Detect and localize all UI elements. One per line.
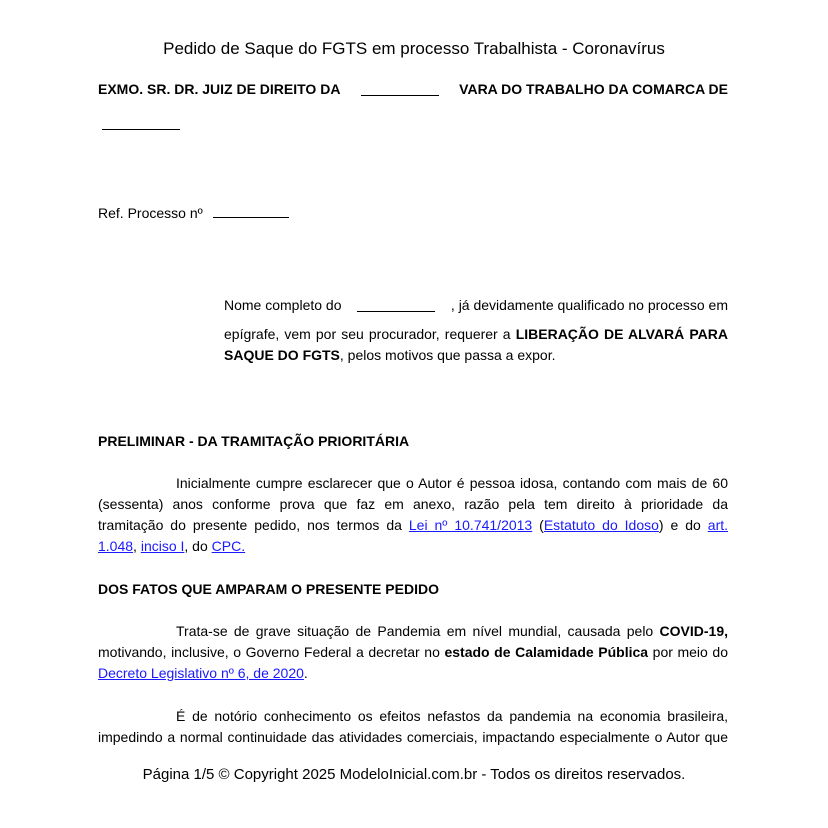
vara-blank[interactable] (361, 85, 439, 96)
intro-line-2: epígrafe, vem por seu procurador, requer… (224, 326, 728, 342)
link-art-1048[interactable]: 1.048 (98, 538, 133, 554)
link-decreto-legislativo[interactable]: Decreto Legislativo nº 6, de 2020 (98, 665, 304, 681)
fatos-line-3: Decreto Legislativo nº 6, de 2020. (98, 665, 308, 681)
link-cpc[interactable]: CPC. (212, 538, 245, 554)
addressee-part2: VARA DO TRABALHO DA COMARCA DE (459, 81, 728, 97)
intro-line-3: SAQUE DO FGTS, pelos motivos que passa a… (224, 347, 555, 363)
preliminar-line-1: Inicialmente cumpre esclarecer que o Aut… (176, 475, 728, 491)
preliminar-line-3: tramitação do presente pedido, nos termo… (98, 517, 728, 533)
intro-line-1: Nome completo do , já devidamente qualif… (224, 297, 728, 313)
link-inciso-i[interactable]: inciso I (141, 538, 185, 554)
document-title: Pedido de Saque do FGTS em processo Trab… (0, 39, 828, 59)
processo-number-blank[interactable] (213, 207, 289, 218)
preliminar-line-4: 1.048, inciso I, do CPC. (98, 538, 245, 554)
preliminar-line-2: (sessenta) anos conforme prova que faz e… (98, 496, 728, 512)
fatos-para2-line-1: É de notório conhecimento os efeitos nef… (176, 708, 728, 724)
addressee-line: EXMO. SR. DR. JUIZ DE DIREITO DA VARA DO… (98, 81, 728, 97)
fatos-para2-line-2: impedindo a normal continuidade das ativ… (98, 729, 728, 745)
nome-blank[interactable] (357, 301, 435, 312)
section-heading-fatos: DOS FATOS QUE AMPARAM O PRESENTE PEDIDO (98, 581, 439, 597)
section-heading-preliminar: PRELIMINAR - DA TRAMITAÇÃO PRIORITÁRIA (98, 433, 409, 449)
intro-p1: Nome completo do (224, 297, 342, 313)
fatos-line-2: motivando, inclusive, o Governo Federal … (98, 644, 728, 660)
link-art[interactable]: art. (708, 517, 728, 533)
ref-label: Ref. Processo nº (98, 205, 203, 221)
comarca-blank[interactable] (102, 119, 180, 130)
addressee-part1: EXMO. SR. DR. JUIZ DE DIREITO DA (98, 81, 340, 97)
fatos-line-1: Trata-se de grave situação de Pandemia e… (176, 623, 728, 639)
link-estatuto-idoso[interactable]: Estatuto do Idoso (544, 517, 659, 533)
link-lei-10741[interactable]: Lei nº 10.741/2013 (409, 517, 532, 533)
intro-p2: , já devidamente qualificado no processo… (451, 297, 728, 313)
ref-processo: Ref. Processo nº (98, 205, 289, 221)
page-footer: Página 1/5 © Copyright 2025 ModeloInicia… (0, 766, 828, 783)
